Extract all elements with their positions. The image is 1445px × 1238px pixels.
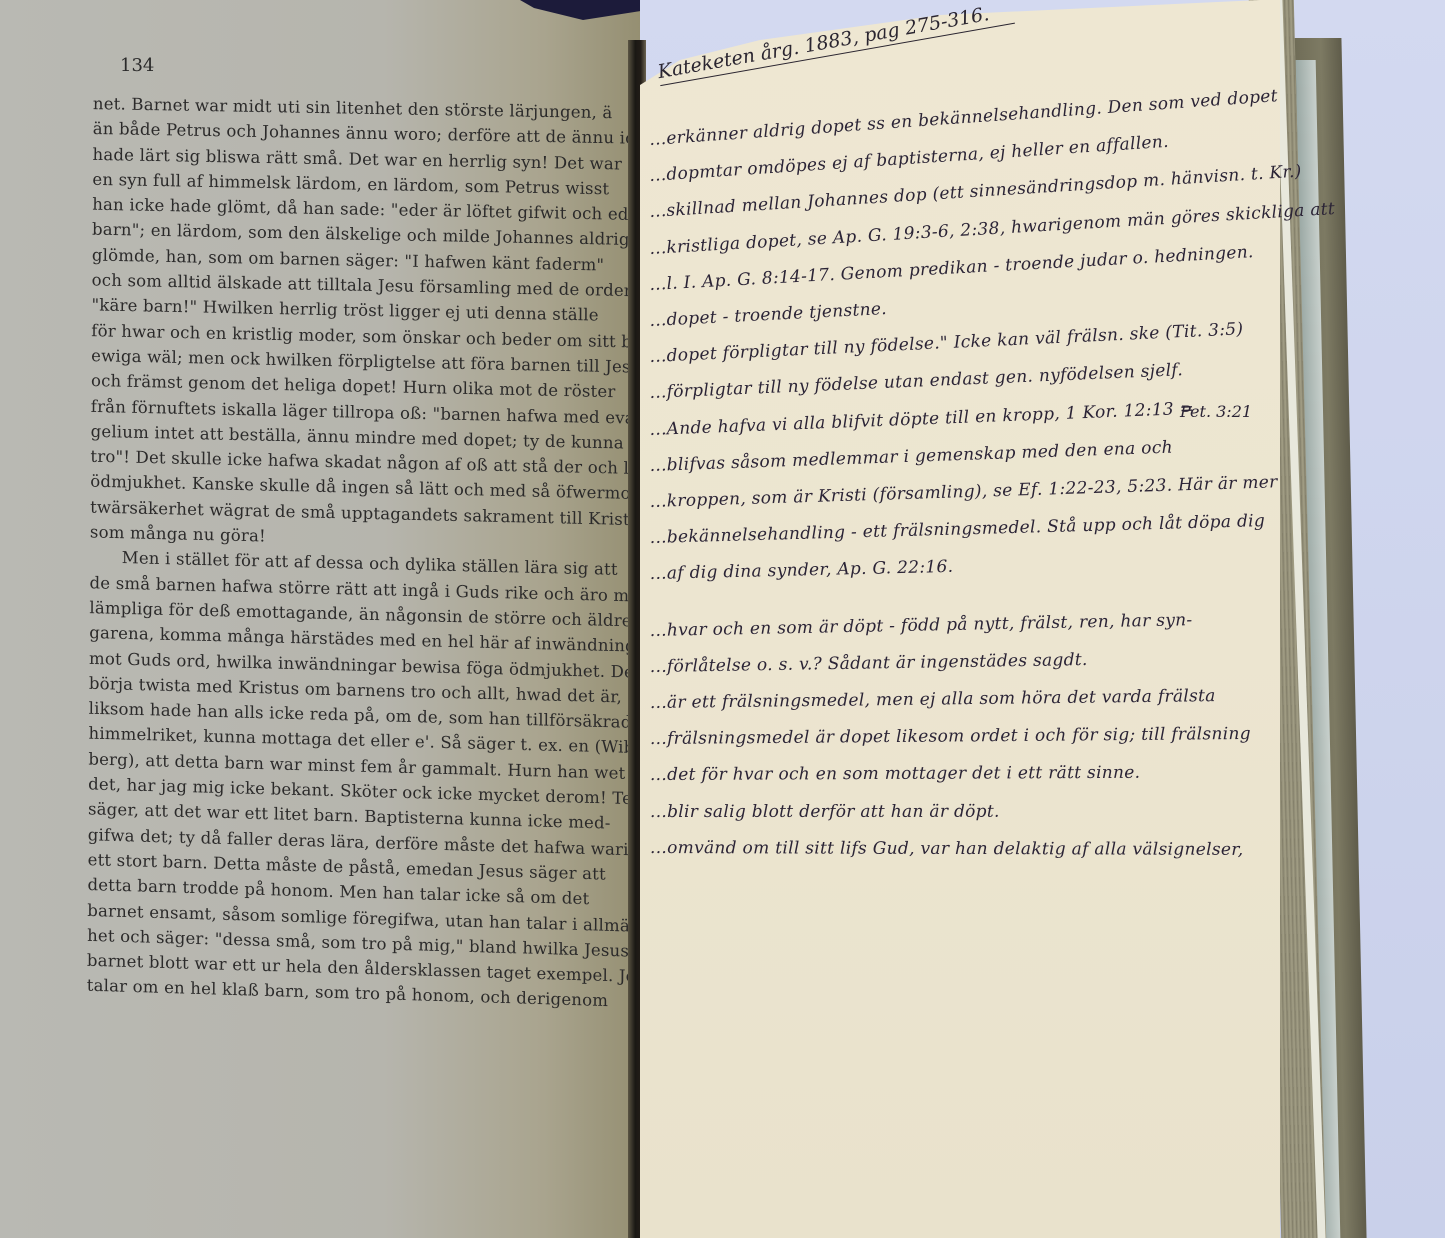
handwritten-line: ...omvänd om till sitt lifs Gud, var han…: [650, 838, 1244, 860]
printed-page: 134 net. Barnet war midt uti sin litenhe…: [0, 0, 640, 1238]
handwritten-line: ...det för hvar och en som mottager det …: [650, 763, 1140, 785]
handwritten-line: ...blir salig blott derför att han är dö…: [650, 801, 1000, 821]
margin-reference: Pet. 3:21: [1180, 402, 1252, 421]
page-number: 134: [120, 55, 154, 76]
dark-corner-shadow: [520, 0, 660, 20]
printed-text-block: net. Barnet war midt uti sin litenhet de…: [87, 94, 653, 1009]
